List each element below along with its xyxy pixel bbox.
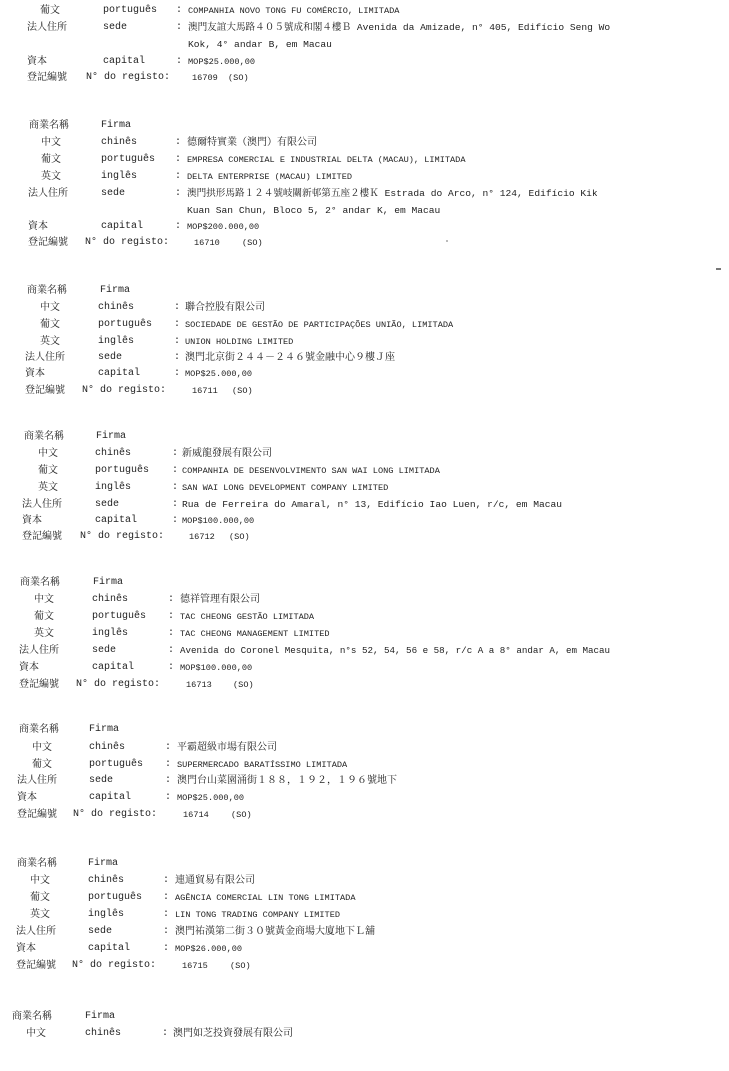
registo-label-pt: N° do registo: — [73, 807, 157, 823]
separator: : — [176, 54, 182, 70]
chines-name: 平霸超級市場有限公司 — [177, 740, 277, 756]
registo-number: 16715 — [182, 958, 208, 974]
separator: : — [174, 317, 180, 333]
registo-label-zh: 登記編號 — [17, 807, 57, 823]
capital-value: MOP$25.000,00 — [177, 790, 244, 806]
chines-label-pt: chinês — [88, 873, 124, 889]
registo-suffix: (SO) — [230, 958, 251, 974]
chines-name: 澳門如芝投資發展有限公司 — [173, 1026, 293, 1042]
separator: : — [163, 907, 169, 923]
firma-label-pt: Firma — [93, 575, 123, 591]
firma-label-zh: 商業名稱 — [20, 575, 60, 591]
capital-label-pt: capital — [98, 366, 140, 382]
separator: : — [165, 773, 171, 789]
capital-label-zh: 資本 — [22, 513, 42, 529]
registo-number: 16711 — [192, 383, 218, 399]
sede-label-zh: 法人住所 — [16, 924, 56, 940]
firma-label-zh: 商業名稱 — [27, 283, 67, 299]
portugues-label-zh: 葡文 — [38, 463, 58, 479]
sede-address-line2: Kuan San Chun, Bloco 5, 2° andar K, em M… — [187, 203, 440, 219]
portugues-label-zh: 葡文 — [40, 317, 60, 333]
registo-label-pt: N° do registo: — [86, 70, 170, 86]
separator: : — [176, 3, 182, 19]
capital-value: MOP$100.000,00 — [182, 513, 254, 529]
portugues-label-pt: português — [101, 152, 155, 168]
separator: : — [175, 135, 181, 151]
separator: : — [175, 169, 181, 185]
separator: : — [163, 941, 169, 957]
sede-label-zh: 法人住所 — [25, 350, 65, 366]
chines-label-pt: chinês — [92, 592, 128, 608]
registo-number: 16714 — [183, 807, 209, 823]
chines-name: 聯合控股有限公司 — [185, 300, 265, 316]
ingles-label-zh: 英文 — [38, 480, 58, 496]
portugues-name: SUPERMERCADO BARATÍSSIMO LIMITADA — [177, 757, 347, 773]
registo-suffix: (SO) — [232, 383, 253, 399]
scan-speck — [446, 240, 448, 242]
separator: : — [172, 480, 178, 496]
portugues-label-pt: português — [89, 757, 143, 773]
separator: : — [175, 219, 181, 235]
firma-label-zh: 商業名稱 — [19, 722, 59, 738]
separator: : — [165, 790, 171, 806]
ingles-label-pt: inglês — [98, 334, 134, 350]
firma-label-pt: Firma — [101, 118, 131, 134]
firma-label-pt: Firma — [88, 856, 118, 872]
separator: : — [175, 186, 181, 202]
capital-value: MOP$200.000,00 — [187, 219, 259, 235]
capital-label-zh: 資本 — [25, 366, 45, 382]
chines-label-zh: 中文 — [32, 740, 52, 756]
registo-number: 16712 — [189, 529, 215, 545]
sede-address-line1: Avenida do Coronel Mesquita, n°s 52, 54,… — [180, 643, 610, 659]
capital-label-pt: capital — [92, 660, 134, 676]
capital-value: MOP$25.000,00 — [188, 54, 255, 70]
portugues-name: EMPRESA COMERCIAL E INDUSTRIAL DELTA (MA… — [187, 152, 465, 168]
registo-suffix: (SO) — [231, 807, 252, 823]
registo-number: 16710 — [194, 235, 220, 251]
chines-name: 德祥管理有限公司 — [180, 592, 260, 608]
registo-label-pt: N° do registo: — [82, 383, 166, 399]
sede-label-zh: 法人住所 — [22, 497, 62, 513]
registo-label-pt: N° do registo: — [80, 529, 164, 545]
registo-label-zh: 登記編號 — [28, 235, 68, 251]
capital-label-pt: capital — [89, 790, 131, 806]
sede-label-pt: sede — [92, 643, 116, 659]
separator: : — [162, 1026, 168, 1042]
sede-label-zh: 法人住所 — [17, 773, 57, 789]
portugues-label-zh: 葡文 — [40, 3, 60, 19]
portugues-label-zh: 葡文 — [41, 152, 61, 168]
sede-label-pt: sede — [101, 186, 125, 202]
portugues-label-zh: 葡文 — [30, 890, 50, 906]
chines-name: 新威龍發展有限公司 — [182, 446, 272, 462]
separator: : — [174, 350, 180, 366]
portugues-label-pt: português — [92, 609, 146, 625]
chines-label-zh: 中文 — [30, 873, 50, 889]
capital-label-pt: capital — [101, 219, 143, 235]
registo-suffix: (SO) — [228, 70, 249, 86]
ingles-label-zh: 英文 — [34, 626, 54, 642]
sede-address-line1: 澳門拱形馬路１２４號岐關新邨第五座２樓Ｋ Estrada do Arco, n°… — [187, 186, 598, 202]
ingles-label-pt: inglês — [88, 907, 124, 923]
separator: : — [175, 152, 181, 168]
capital-label-pt: capital — [103, 54, 145, 70]
registo-suffix: (SO) — [242, 235, 263, 251]
ingles-label-zh: 英文 — [30, 907, 50, 923]
separator: : — [172, 497, 178, 513]
separator: : — [163, 924, 169, 940]
sede-label-zh: 法人住所 — [27, 20, 67, 36]
firma-label-pt: Firma — [100, 283, 130, 299]
registo-suffix: (SO) — [229, 529, 250, 545]
ingles-label-pt: inglês — [92, 626, 128, 642]
registo-label-zh: 登記編號 — [19, 677, 59, 693]
firma-label-pt: Firma — [96, 429, 126, 445]
capital-value: MOP$100.000,00 — [180, 660, 252, 676]
capital-value: MOP$25.000,00 — [185, 366, 252, 382]
sede-label-zh: 法人住所 — [28, 186, 68, 202]
chines-name: 德爾特實業（澳門）有限公司 — [187, 135, 317, 151]
registo-label-zh: 登記編號 — [16, 958, 56, 974]
chines-label-zh: 中文 — [26, 1026, 46, 1042]
portugues-label-zh: 葡文 — [34, 609, 54, 625]
registo-label-zh: 登記編號 — [27, 70, 67, 86]
ingles-name: TAC CHEONG MANAGEMENT LIMITED — [180, 626, 330, 642]
registo-number: 16709 — [192, 70, 218, 86]
registry-page: 葡文 português : COMPANHIA NOVO TONG FU CO… — [0, 0, 729, 1071]
chines-name: 連通貿易有限公司 — [175, 873, 255, 889]
firma-label-zh: 商業名稱 — [17, 856, 57, 872]
sede-address-line1: 澳門台山菜園涌街１８８，１９２，１９６號地下 — [177, 773, 397, 789]
chines-label-pt: chinês — [101, 135, 137, 151]
capital-label-zh: 資本 — [28, 219, 48, 235]
ingles-label-zh: 英文 — [40, 334, 60, 350]
ingles-label-pt: inglês — [95, 480, 131, 496]
chines-label-pt: chinês — [85, 1026, 121, 1042]
separator: : — [168, 592, 174, 608]
portugues-name: COMPANHIA NOVO TONG FU COMÉRCIO, LIMITAD… — [188, 3, 399, 19]
portugues-label-pt: português — [98, 317, 152, 333]
separator: : — [163, 873, 169, 889]
portugues-label-pt: português — [103, 3, 157, 19]
firma-label-pt: Firma — [89, 722, 119, 738]
portugues-label-pt: português — [95, 463, 149, 479]
portugues-name: COMPANHIA DE DESENVOLVIMENTO SAN WAI LON… — [182, 463, 440, 479]
separator: : — [163, 890, 169, 906]
separator: : — [165, 757, 171, 773]
chines-label-pt: chinês — [89, 740, 125, 756]
portugues-name: SOCIEDADE DE GESTÃO DE PARTICIPAÇÕES UNI… — [185, 317, 453, 333]
chines-label-zh: 中文 — [40, 300, 60, 316]
chines-label-zh: 中文 — [34, 592, 54, 608]
sede-label-pt: sede — [95, 497, 119, 513]
ingles-label-zh: 英文 — [41, 169, 61, 185]
sede-label-pt: sede — [98, 350, 122, 366]
sede-label-pt: sede — [103, 20, 127, 36]
sede-label-pt: sede — [88, 924, 112, 940]
capital-label-pt: capital — [95, 513, 137, 529]
separator: : — [168, 643, 174, 659]
separator: : — [172, 446, 178, 462]
sede-address-line1: 澳門祐漢第二街３０號黃金商場大廈地下Ｌ舖 — [175, 924, 375, 940]
registo-label-pt: N° do registo: — [85, 235, 169, 251]
separator: : — [174, 366, 180, 382]
separator: : — [172, 513, 178, 529]
separator: : — [172, 463, 178, 479]
separator: : — [174, 300, 180, 316]
separator: : — [165, 740, 171, 756]
separator: : — [174, 334, 180, 350]
registo-label-zh: 登記編號 — [25, 383, 65, 399]
ingles-label-pt: inglês — [101, 169, 137, 185]
sede-address-line2: Kok, 4° andar B, em Macau — [188, 37, 332, 53]
scan-mark — [716, 268, 721, 270]
separator: : — [168, 660, 174, 676]
capital-label-zh: 資本 — [19, 660, 39, 676]
firma-label-zh: 商業名稱 — [24, 429, 64, 445]
portugues-name: AGÊNCIA COMERCIAL LIN TONG LIMITADA — [175, 890, 356, 906]
separator: : — [176, 20, 182, 36]
firma-label-zh: 商業名稱 — [29, 118, 69, 134]
portugues-label-pt: português — [88, 890, 142, 906]
sede-address-line1: 澳門友誼大馬路４０５號成和閣４樓Ｂ Avenida da Amizade, n°… — [188, 20, 610, 36]
ingles-name: UNION HOLDING LIMITED — [185, 334, 293, 350]
separator: : — [168, 609, 174, 625]
chines-label-zh: 中文 — [41, 135, 61, 151]
sede-address-line1: 澳門北京街２４４－２４６號金融中心９樓Ｊ座 — [185, 350, 395, 366]
separator: : — [168, 626, 174, 642]
registo-number: 16713 — [186, 677, 212, 693]
capital-label-zh: 資本 — [27, 54, 47, 70]
firma-label-zh: 商業名稱 — [12, 1009, 52, 1025]
ingles-name: SAN WAI LONG DEVELOPMENT COMPANY LIMITED — [182, 480, 388, 496]
registo-label-zh: 登記編號 — [22, 529, 62, 545]
portugues-name: TAC CHEONG GESTÃO LIMITADA — [180, 609, 314, 625]
registo-label-pt: N° do registo: — [76, 677, 160, 693]
chines-label-pt: chinês — [98, 300, 134, 316]
registo-suffix: (SO) — [233, 677, 254, 693]
capital-label-pt: capital — [88, 941, 130, 957]
sede-label-zh: 法人住所 — [19, 643, 59, 659]
sede-address-line1: Rua de Ferreira do Amaral, n° 13, Edifíc… — [182, 497, 562, 513]
portugues-label-zh: 葡文 — [32, 757, 52, 773]
registo-label-pt: N° do registo: — [72, 958, 156, 974]
chines-label-pt: chinês — [95, 446, 131, 462]
firma-label-pt: Firma — [85, 1009, 115, 1025]
ingles-name: LIN TONG TRADING COMPANY LIMITED — [175, 907, 340, 923]
capital-label-zh: 資本 — [16, 941, 36, 957]
capital-label-zh: 資本 — [17, 790, 37, 806]
sede-label-pt: sede — [89, 773, 113, 789]
capital-value: MOP$26.000,00 — [175, 941, 242, 957]
chines-label-zh: 中文 — [38, 446, 58, 462]
ingles-name: DELTA ENTERPRISE (MACAU) LIMITED — [187, 169, 352, 185]
